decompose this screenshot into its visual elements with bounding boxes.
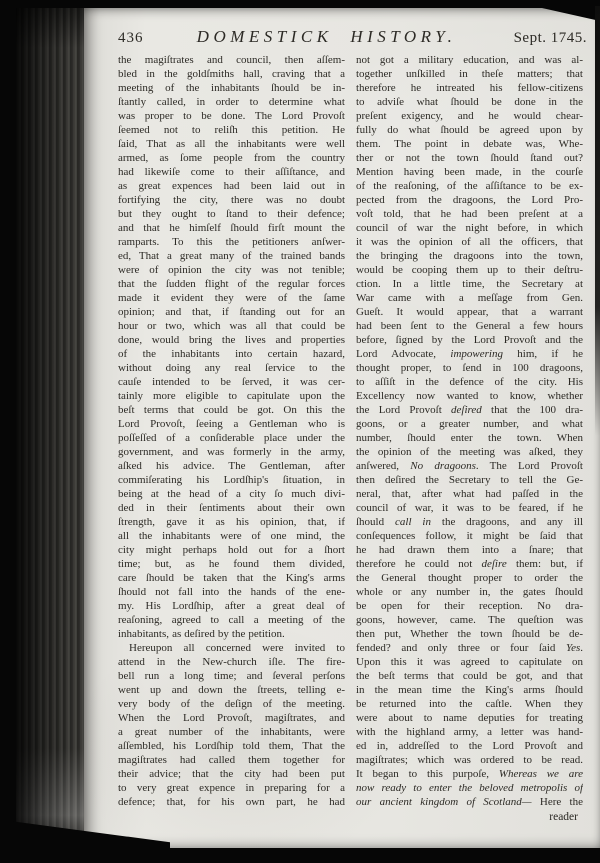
text-line: ſhould call in the dragoons, and any ill <box>356 515 583 529</box>
text-line: with the highland army, a letter was han… <box>356 725 583 739</box>
text-line: of the inhabitants into certain hazard, <box>118 347 345 361</box>
text-line: their advice; that the city had been put <box>118 767 345 781</box>
text-line: neral, that, after what had paſſed in th… <box>356 487 583 501</box>
text-line: hour or two, which was all that could be <box>118 319 345 333</box>
text-line: very body of the deſign of the meeting. <box>118 697 345 711</box>
text-line: tainly more eligible to capitulate upon … <box>118 389 345 403</box>
text-line: anſwered, No dragoons. The Lord Provoſt <box>356 459 583 473</box>
text-line: opinion; and that, if ſtanding out for a… <box>118 305 345 319</box>
text-line: as great expences had been laid out in <box>118 179 345 193</box>
text-line: ſaid, That as all the inhabitants were w… <box>118 137 345 151</box>
text-line: not got a military education, and was al… <box>356 53 583 67</box>
text-line: Excellency now wanted to know, whether <box>356 389 583 403</box>
text-line: the bringing the dragoons into the town, <box>356 249 583 263</box>
text-line: were of opinion the city was not tenible… <box>118 263 345 277</box>
text-line: ed, That a great many of the trained ban… <box>118 249 345 263</box>
text-line: council of war, it was to be feared, if … <box>356 501 583 515</box>
text-line: the Lord Provoſt deſired that the 100 dr… <box>356 403 583 417</box>
text-line: ction. In a little time, the Secretary a… <box>356 277 583 291</box>
text-line: of the reaſoning, of the aſſiſtance to b… <box>356 179 583 193</box>
text-line: ded in their ſentiments about their own <box>118 501 345 515</box>
text-line: ther or not the town ſhould ſtand out? <box>356 151 583 165</box>
text-line: be returned into the caſtle. When they <box>356 697 583 711</box>
text-line: had been ſent to the General a few hours <box>356 319 583 333</box>
text-line: attend in the New-church iſle. The fire- <box>118 655 345 669</box>
text-line: council of war the night before, in whic… <box>356 221 583 235</box>
text-line: conſequences follow, it might be ſaid th… <box>356 529 583 543</box>
text-line: bled in the goldſmiths hall, craving tha… <box>118 67 345 81</box>
text-line: therefore he intreated his fellow-citize… <box>356 81 583 95</box>
text-line: would be cooping them up to their deſtru… <box>356 263 583 277</box>
text-line: ſeemed not to reliſh this petition. He <box>118 123 345 137</box>
scan-border-bottom <box>0 848 600 863</box>
text-line: fended? and only three or four ſaid Yes. <box>356 641 583 655</box>
text-line: the General thought proper to order the <box>356 571 583 585</box>
text-line: therefore he could not deſire them: but,… <box>356 557 583 571</box>
text-line: poſſeſſed of a conſiderable place under … <box>118 431 345 445</box>
text-line: ramparts. To this the petitioners anſwer… <box>118 235 345 249</box>
text-line: being at the head of a city ſo much divi… <box>118 487 345 501</box>
text-line: government, and was formerly in the army… <box>118 445 345 459</box>
text-line: War came with a meſſage from Gen. <box>356 291 583 305</box>
text-line: together unſkilled in theſe matters; tha… <box>356 67 583 81</box>
text-line: magiſtrates; which was ordered to be rea… <box>356 753 583 767</box>
catchword: reader <box>84 809 600 823</box>
text-line: my. His Lordſhip, after a great deal of <box>118 599 345 613</box>
text-line: ſtantly called, in order to determine wh… <box>118 95 345 109</box>
text-line: ſhould not fall into the hands of the en… <box>118 585 345 599</box>
page: 436 DOMESTICK HISTORY. Sept. 1745. the m… <box>84 8 600 849</box>
text-line: Mention having been made, in the courſe <box>356 165 583 179</box>
text-line: then put, Whether the town ſhould be de- <box>356 627 583 641</box>
text-line: whole or any number in, the gates ſhould <box>356 585 583 599</box>
text-columns: the magiſtrates and council, then aſſem-… <box>84 47 600 809</box>
text-column-right: not got a military education, and was al… <box>356 53 583 809</box>
text-line: before, ſigned by the Lord Provoſt and t… <box>356 333 583 347</box>
text-line: but they ought to ſtand to their defence… <box>118 207 345 221</box>
text-line: done, would bring the lives and properti… <box>118 333 345 347</box>
text-line: number, ſhould enter the town. When <box>356 431 583 445</box>
text-line: a great number of the inhabitants, were <box>118 725 345 739</box>
text-line: were about to name deputies for treating <box>356 711 583 725</box>
text-line: then deſired the Secretary to tell the G… <box>356 473 583 487</box>
text-line: he had drawn them into a ſnare; that <box>356 543 583 557</box>
text-line: thought proper, to ſend in 100 dragoons, <box>356 361 583 375</box>
text-line: commiſerating his Lordſhip's ſituation, … <box>118 473 345 487</box>
text-line: It began to this purpoſe, Whereas we are <box>356 767 583 781</box>
text-line: and that he himſelf ſhould firſt mount t… <box>118 221 345 235</box>
text-line: made it evident they were of the ſame <box>118 291 345 305</box>
text-line: When the Lord Provoſt, magiſtrates, and <box>118 711 345 725</box>
text-line: time; but, as he found them divided, <box>118 557 345 571</box>
text-column-left: the magiſtrates and council, then aſſem-… <box>118 53 345 809</box>
text-line: the beſt terms that could be got, and th… <box>356 669 583 683</box>
text-line: aſked his advice. The Gentleman, after <box>118 459 345 473</box>
page-date: Sept. 1745. <box>514 30 587 47</box>
text-line: it was the opinion of all the officers, … <box>356 235 583 249</box>
text-line: went up and down the ſtreets, telling e- <box>118 683 345 697</box>
text-line: bell run a long time; and ſeveral perſon… <box>118 669 345 683</box>
text-line: Hereupon all concerned were invited to <box>118 641 345 655</box>
text-line: to aſſiſt in the defence of the city. Hi… <box>356 375 583 389</box>
scan-border-right <box>595 6 600 436</box>
text-line: care ſhould be taken that the King's arm… <box>118 571 345 585</box>
page-header: 436 DOMESTICK HISTORY. Sept. 1745. <box>84 8 600 47</box>
text-line: beſt terms that could be got. On this th… <box>118 403 345 417</box>
text-line: reaſoning, agreed to call a meeting of t… <box>118 613 345 627</box>
text-line: cauſe intended to be ſerved, it was cer- <box>118 375 345 389</box>
text-line: all the inhabitants were of one mind, th… <box>118 529 345 543</box>
text-line: be open for their reception. No dra- <box>356 599 583 613</box>
text-line: ſtrength, gave it as his opinion, that, … <box>118 515 345 529</box>
text-line: now ready to enter the beloved metropoli… <box>356 781 583 795</box>
text-line: ed in, addreſſed to the Lord Provoſt and <box>356 739 583 753</box>
text-line: that the ſudden flight of the regular fo… <box>118 277 345 291</box>
text-line: meeting of the inhabitants ſhould be in- <box>118 81 345 95</box>
text-line: fortifying the city, there was no doubt <box>118 193 345 207</box>
text-line: Lord Advocate, impowering him, if he <box>356 347 583 361</box>
text-line: had likewiſe come to their aſſiſtance, a… <box>118 165 345 179</box>
page-title: DOMESTICK HISTORY. <box>140 27 514 47</box>
text-line: in the mean time the King's arms ſhould <box>356 683 583 697</box>
text-line: the magiſtrates and council, then aſſem- <box>118 53 345 67</box>
text-line: to adviſe what ſhould be done in the <box>356 95 583 109</box>
book-page-edges <box>15 6 85 849</box>
text-line: aſſembled, his Lordſhip told them, That … <box>118 739 345 753</box>
book-scan: 436 DOMESTICK HISTORY. Sept. 1745. the m… <box>0 0 600 863</box>
text-line: our ancient kingdom of Scotland— Here th… <box>356 795 583 809</box>
text-line: voſt told, that he had been preſent at a <box>356 207 583 221</box>
text-line: was proper to be done. The Lord Provoſt <box>118 109 345 123</box>
text-line: Upon this it was agreed to capitulate on <box>356 655 583 669</box>
text-line: fully do what ſhould be agreed upon by <box>356 123 583 137</box>
text-line: goons, however, came. The queſtion was <box>356 613 583 627</box>
scan-border-top <box>0 0 600 8</box>
text-line: without doing any real ſervice to the <box>118 361 345 375</box>
text-line: pected from the dragoons, the Lord Pro- <box>356 193 583 207</box>
text-line: Gueſt. It would appear, that a warrant <box>356 305 583 319</box>
text-line: armed, as ſome people from the country <box>118 151 345 165</box>
text-line: the opinion of the meeting was aſked, th… <box>356 445 583 459</box>
text-line: inhabitants, as deſired by the petition. <box>118 627 345 641</box>
text-line: Lord Provoſt, ſeeing a Gentleman who is <box>118 417 345 431</box>
text-line: city might perhaps hold out for a ſhort <box>118 543 345 557</box>
text-line: goons, or a greater number, and what <box>356 417 583 431</box>
text-line: defence; that, for his own part, he had <box>118 795 345 809</box>
text-line: them. The point in debate was, Whe- <box>356 137 583 151</box>
text-line: preſent exigency, and he would chear- <box>356 109 583 123</box>
text-line: to very great expence in preparing for a <box>118 781 345 795</box>
text-line: magiſtrates had called them together for <box>118 753 345 767</box>
scan-border-left <box>0 0 16 863</box>
